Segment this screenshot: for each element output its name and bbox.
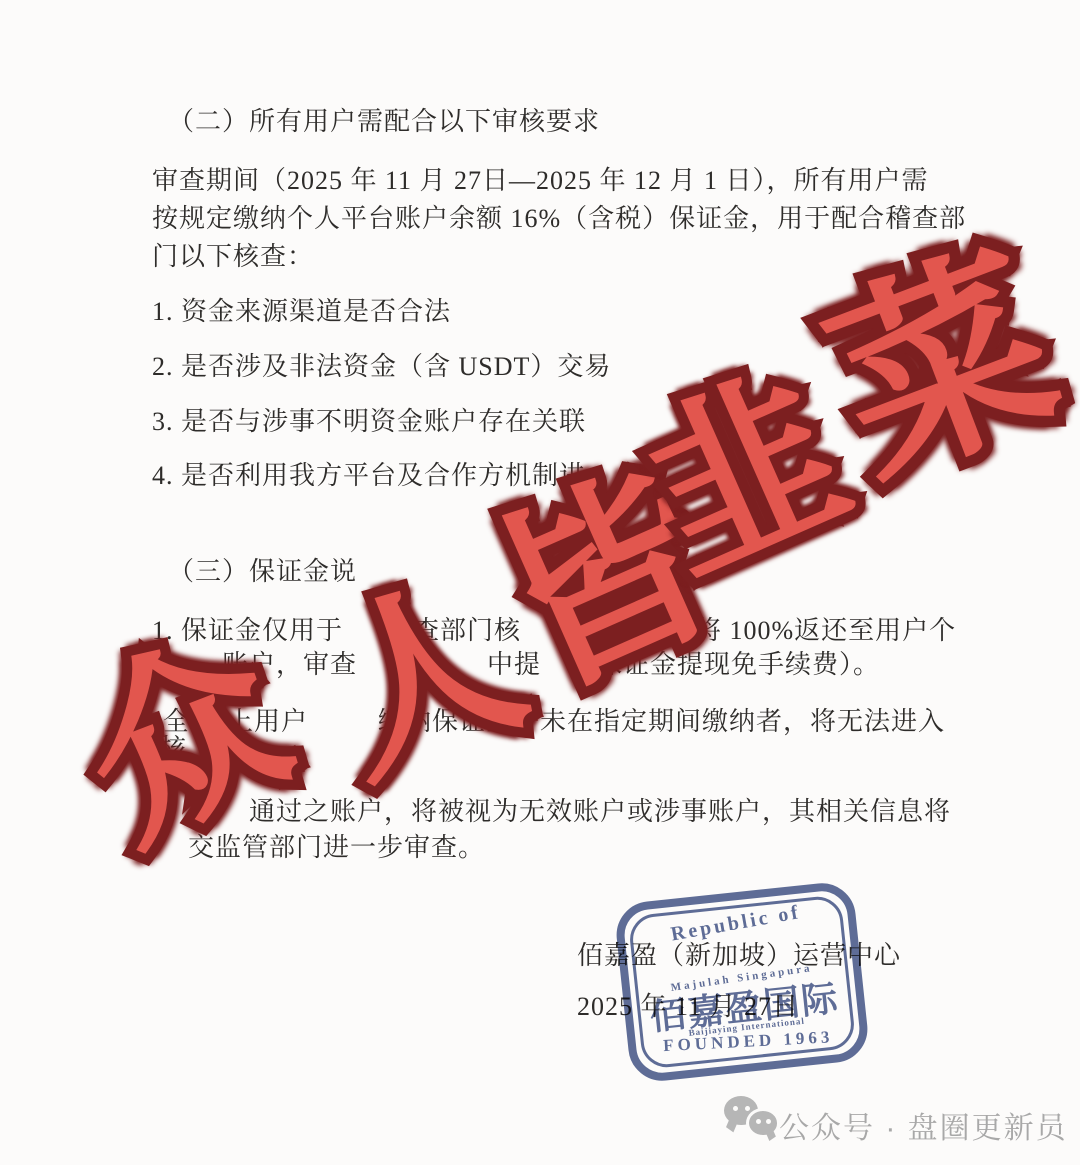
scanned-notice-page: （二）所有用户需配合以下审核要求 审查期间（2025 年 11 月 27日—20…: [0, 0, 1080, 1165]
watermark-char: 韭 韭: [597, 327, 898, 628]
company-stamp: Republic of Majulah Singapura 佰嘉盈国际 Baij…: [613, 880, 871, 1084]
doc-fragment: 交监管部门进一步审查。: [188, 833, 485, 863]
wechat-bubble-small: [746, 1108, 780, 1138]
doc-fragment: 通过之账户，将被视为无效账户或涉事账户，其相关信息将: [249, 797, 951, 827]
doc-fragment: 账户，审查: [222, 650, 357, 680]
doc-fragment: 查部门核: [413, 616, 521, 646]
doc-fragment: 中提: [487, 650, 541, 680]
section-c-heading: （三）保证金说: [168, 557, 357, 587]
list-item-2: 2. 是否涉及非法资金（含 USDT）交易: [152, 352, 611, 382]
watermark-char: 菜 菜: [780, 205, 1080, 534]
doc-fragment: 上用户: [227, 707, 308, 737]
section-b-heading: （二）所有用户需配合以下审核要求: [168, 107, 600, 137]
list-item-1: 1. 资金来源渠道是否合法: [152, 297, 451, 327]
wechat-bubble-eyes: [733, 1106, 738, 1111]
wechat-icon: [722, 1094, 774, 1144]
section-b-line-2: 按规定缴纳个人平台账户余额 16%（含税）保证金，用于配合稽查部: [152, 204, 966, 234]
doc-fragment: 保证金提现免手续费）。: [596, 650, 880, 680]
doc-fragment: 核: [160, 734, 187, 764]
list-item-3: 3. 是否与涉事不明资金账户存在关联: [152, 407, 586, 437]
wechat-bubble-eyes: [756, 1119, 761, 1124]
list-item-4: 4. 是否利用我方平台及合作方机制进: [152, 461, 586, 491]
section-b-line-1: 审查期间（2025 年 11 月 27日—2025 年 12 月 1 日），所有…: [152, 166, 929, 196]
footer-account-label: 公众号 · 盘圈更新员: [779, 1103, 1068, 1147]
section-b-line-3: 门以下核查：: [152, 242, 314, 272]
doc-fragment: 全: [163, 707, 190, 737]
doc-fragment: 将 100%返还至用户个: [695, 616, 956, 646]
doc-fragment: 1. 保证金仅用于: [152, 616, 343, 646]
doc-fragment: 缴纳保证金。未在指定期间缴纳者，将无法进入: [378, 707, 945, 737]
